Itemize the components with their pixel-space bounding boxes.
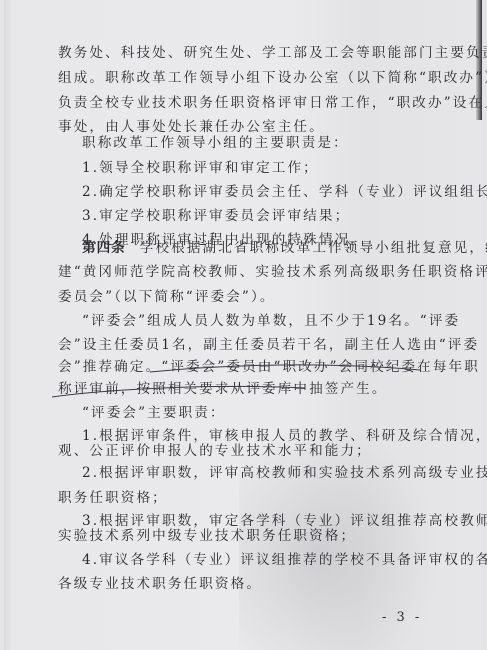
text-span: 学校根据湖北省职称改革工作领导小组批复意见，组 [140,240,487,256]
text-line: 会”推荐确定。“评委会”委员由“职改办”会同校纪委在每年职 [58,359,480,375]
text-line: 事处，由人事处处长兼任办公室主任。 [58,119,325,135]
text-line: 建“黄冈师范学院高校教师、实验技术系列高级职务任职资格评审 [58,264,487,280]
underlined-text-line: 称评审前，按照相关要求从评委库中抽签产生。 [58,381,388,397]
text-line: “评委会”组成人员人数为单数，且不少于19名。“评委 [82,313,460,329]
list-item: 3.根据评审职数，审定各学科（专业）评议组推荐高校教师和 [82,513,487,529]
list-item: 2.根据评审职数，评审高校教师和实验技术系列高级专业技术 [82,465,487,481]
list-item: 3.审定学校职称评审委员会评审结果； [82,208,350,224]
text-line: “评委会”主要职责： [82,405,226,421]
article-label: 第四条 [82,240,126,256]
text-line: 观、公正评价申报人的专业技术水平和能力； [58,443,372,459]
article-line: 第四条学校根据湖北省职称改革工作领导小组批复意见，组 [82,240,487,256]
list-item: 2.确定学校职称评审委员会主任、学科（专业）评议组组长名单； [82,184,487,200]
text-line: 职称改革工作领导小组的主要职责是： [82,135,349,151]
list-item: 1.领导全校职称评审和审定工作； [82,160,319,176]
text-line: 职务任职资格； [58,490,168,506]
text-line: 实验技术系列中级专业技术职务任职资格； [58,528,356,544]
page-number: - 3 - [382,610,422,625]
list-item: 1.根据评审条件，审核申报人员的教学、科研及综合情况，客 [82,428,487,444]
text-line: 教务处、科技处、研究生处、学工部及工会等职能部门主要负责人 [58,45,487,61]
document-page: 教务处、科技处、研究生处、学工部及工会等职能部门主要负责人 组成。职称改革工作领… [4,0,482,650]
text-line: 组成。职称改革工作领导小组下设办公室（以下简称“职改办”） [58,70,487,86]
text-line: 各级专业技术职务任职资格。 [58,576,262,592]
text-line: 会”设主任委员1名，副主任委员若干名，副主任人选由“评委 [58,337,479,353]
text-line: 委员会”（以下简称“评委会”）。 [58,289,276,305]
text-line: 负责全校专业技术职务任职资格评审日常工作，“职改办”设在人 [58,95,487,111]
list-item: 4.审议各学科（专业）评议组推荐的学校不具备评审权的各类 [82,552,487,568]
